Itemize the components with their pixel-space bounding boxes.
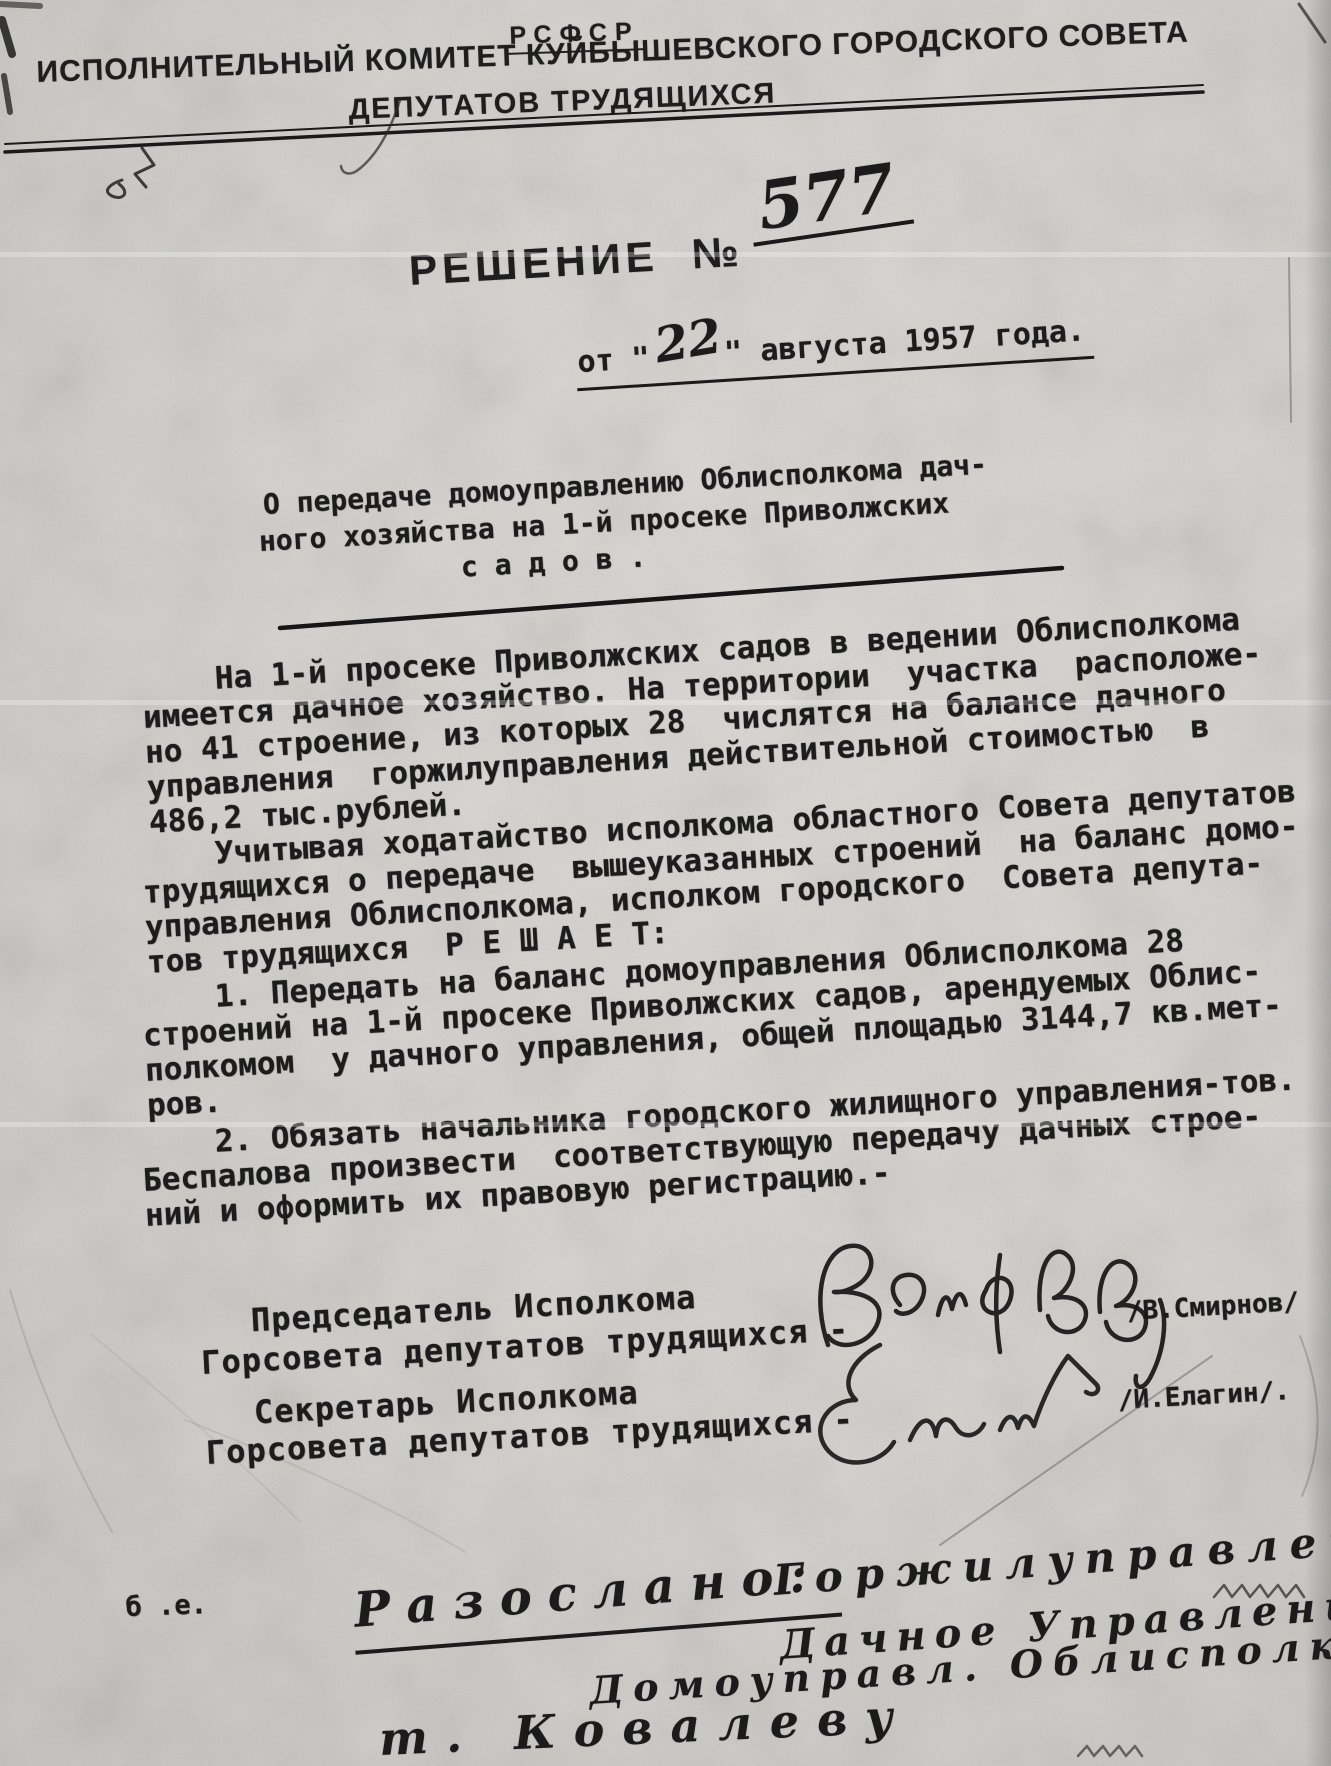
scan-line-vertical [1289,258,1291,422]
edge-mark-top [0,4,40,6]
scanned-decision-document: РСФСР ИСПОЛНИТЕЛЬНЫЙ КОМИТЕТ КУЙБЫШЕВСКО… [0,0,1331,1766]
edge-mark-topleft-1 [2,20,12,54]
distribution-heading-handwritten: Разослано: [350,1545,842,1655]
scan-band-1 [0,252,1331,257]
decision-date-line: от "22" августа 1957 года. [574,300,1095,391]
pen-zigzag-bottom [1078,1746,1142,1756]
signature-role-chairman: Председатель Исполкома Горсовета депутат… [198,1269,850,1383]
letterhead-org-line2: ДЕПУТАТОВ ТРУДЯЩИХСЯ [348,78,777,127]
signature-elagin [820,1345,1098,1462]
signature-role-secretary: Секретарь Исполкома Горсовета депутатов … [203,1362,855,1472]
date-suffix: " августа 1957 года. [723,313,1086,371]
right-edge-shadow [1305,0,1331,1766]
marginal-note: б .е. [125,1589,207,1623]
edge-mark-topleft-2 [4,76,10,112]
pencil-arc-left [10,1290,112,1532]
signature-typed-name-elagin: /И.Елагин/. [1117,1376,1291,1416]
decision-number-handwritten: 577 [743,152,913,247]
date-day-handwritten: 22 [648,311,730,371]
scan-band-3 [0,1122,1331,1127]
pen-scribble-mark [107,148,154,198]
distribution-item-kovalev: т. Ковалеву [378,1689,912,1766]
decision-title: РЕШЕНИЕ №577 [388,182,912,320]
date-prefix: от " [576,341,650,380]
signature-smirnov [820,1246,1164,1387]
scan-band-2 [0,700,1331,705]
decision-title-label: РЕШЕНИЕ № [408,228,745,294]
signature-typed-name-smirnov: /В.Смирнов/ [1126,1287,1300,1327]
